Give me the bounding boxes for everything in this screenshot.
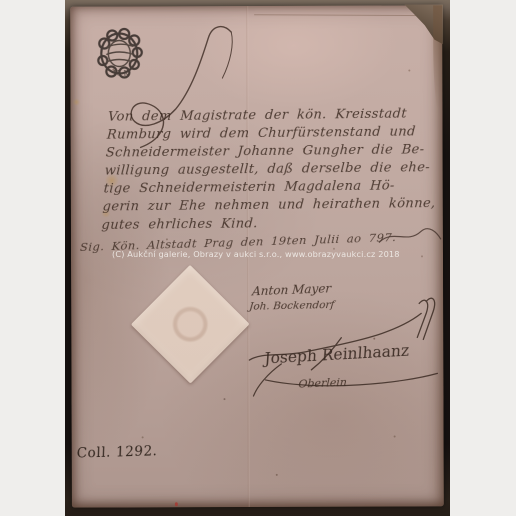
paper-specks	[70, 7, 72, 9]
document-photograph: 15 K Von dem Magistrate der kön. Kreisst…	[65, 0, 450, 516]
back-leaf-edge	[254, 14, 434, 16]
screenshot-stage: 15 K Von dem Magistrate der kön. Kreisst…	[0, 0, 516, 516]
handwriting-body: Von dem Magistrate der kön. Kreisstadt R…	[101, 105, 450, 235]
edge-stain	[433, 5, 442, 110]
handwriting-line: willigung ausgestellt, daß derselbe die …	[104, 159, 447, 181]
signature-underline-icon	[251, 357, 446, 400]
dateline-flourish-icon	[375, 224, 445, 248]
signature-title: Oberlein	[298, 376, 347, 391]
handwriting-line: gerin zur Ehe nehmen und heirathen könne…	[102, 195, 445, 217]
collection-mark: Coll. 1292.	[76, 443, 158, 461]
fox-stain	[72, 99, 80, 106]
red-ink-speck	[175, 502, 178, 506]
gallery-watermark: (C) Aukční galerie, Obrazy v aukci s.r.o…	[112, 249, 400, 259]
